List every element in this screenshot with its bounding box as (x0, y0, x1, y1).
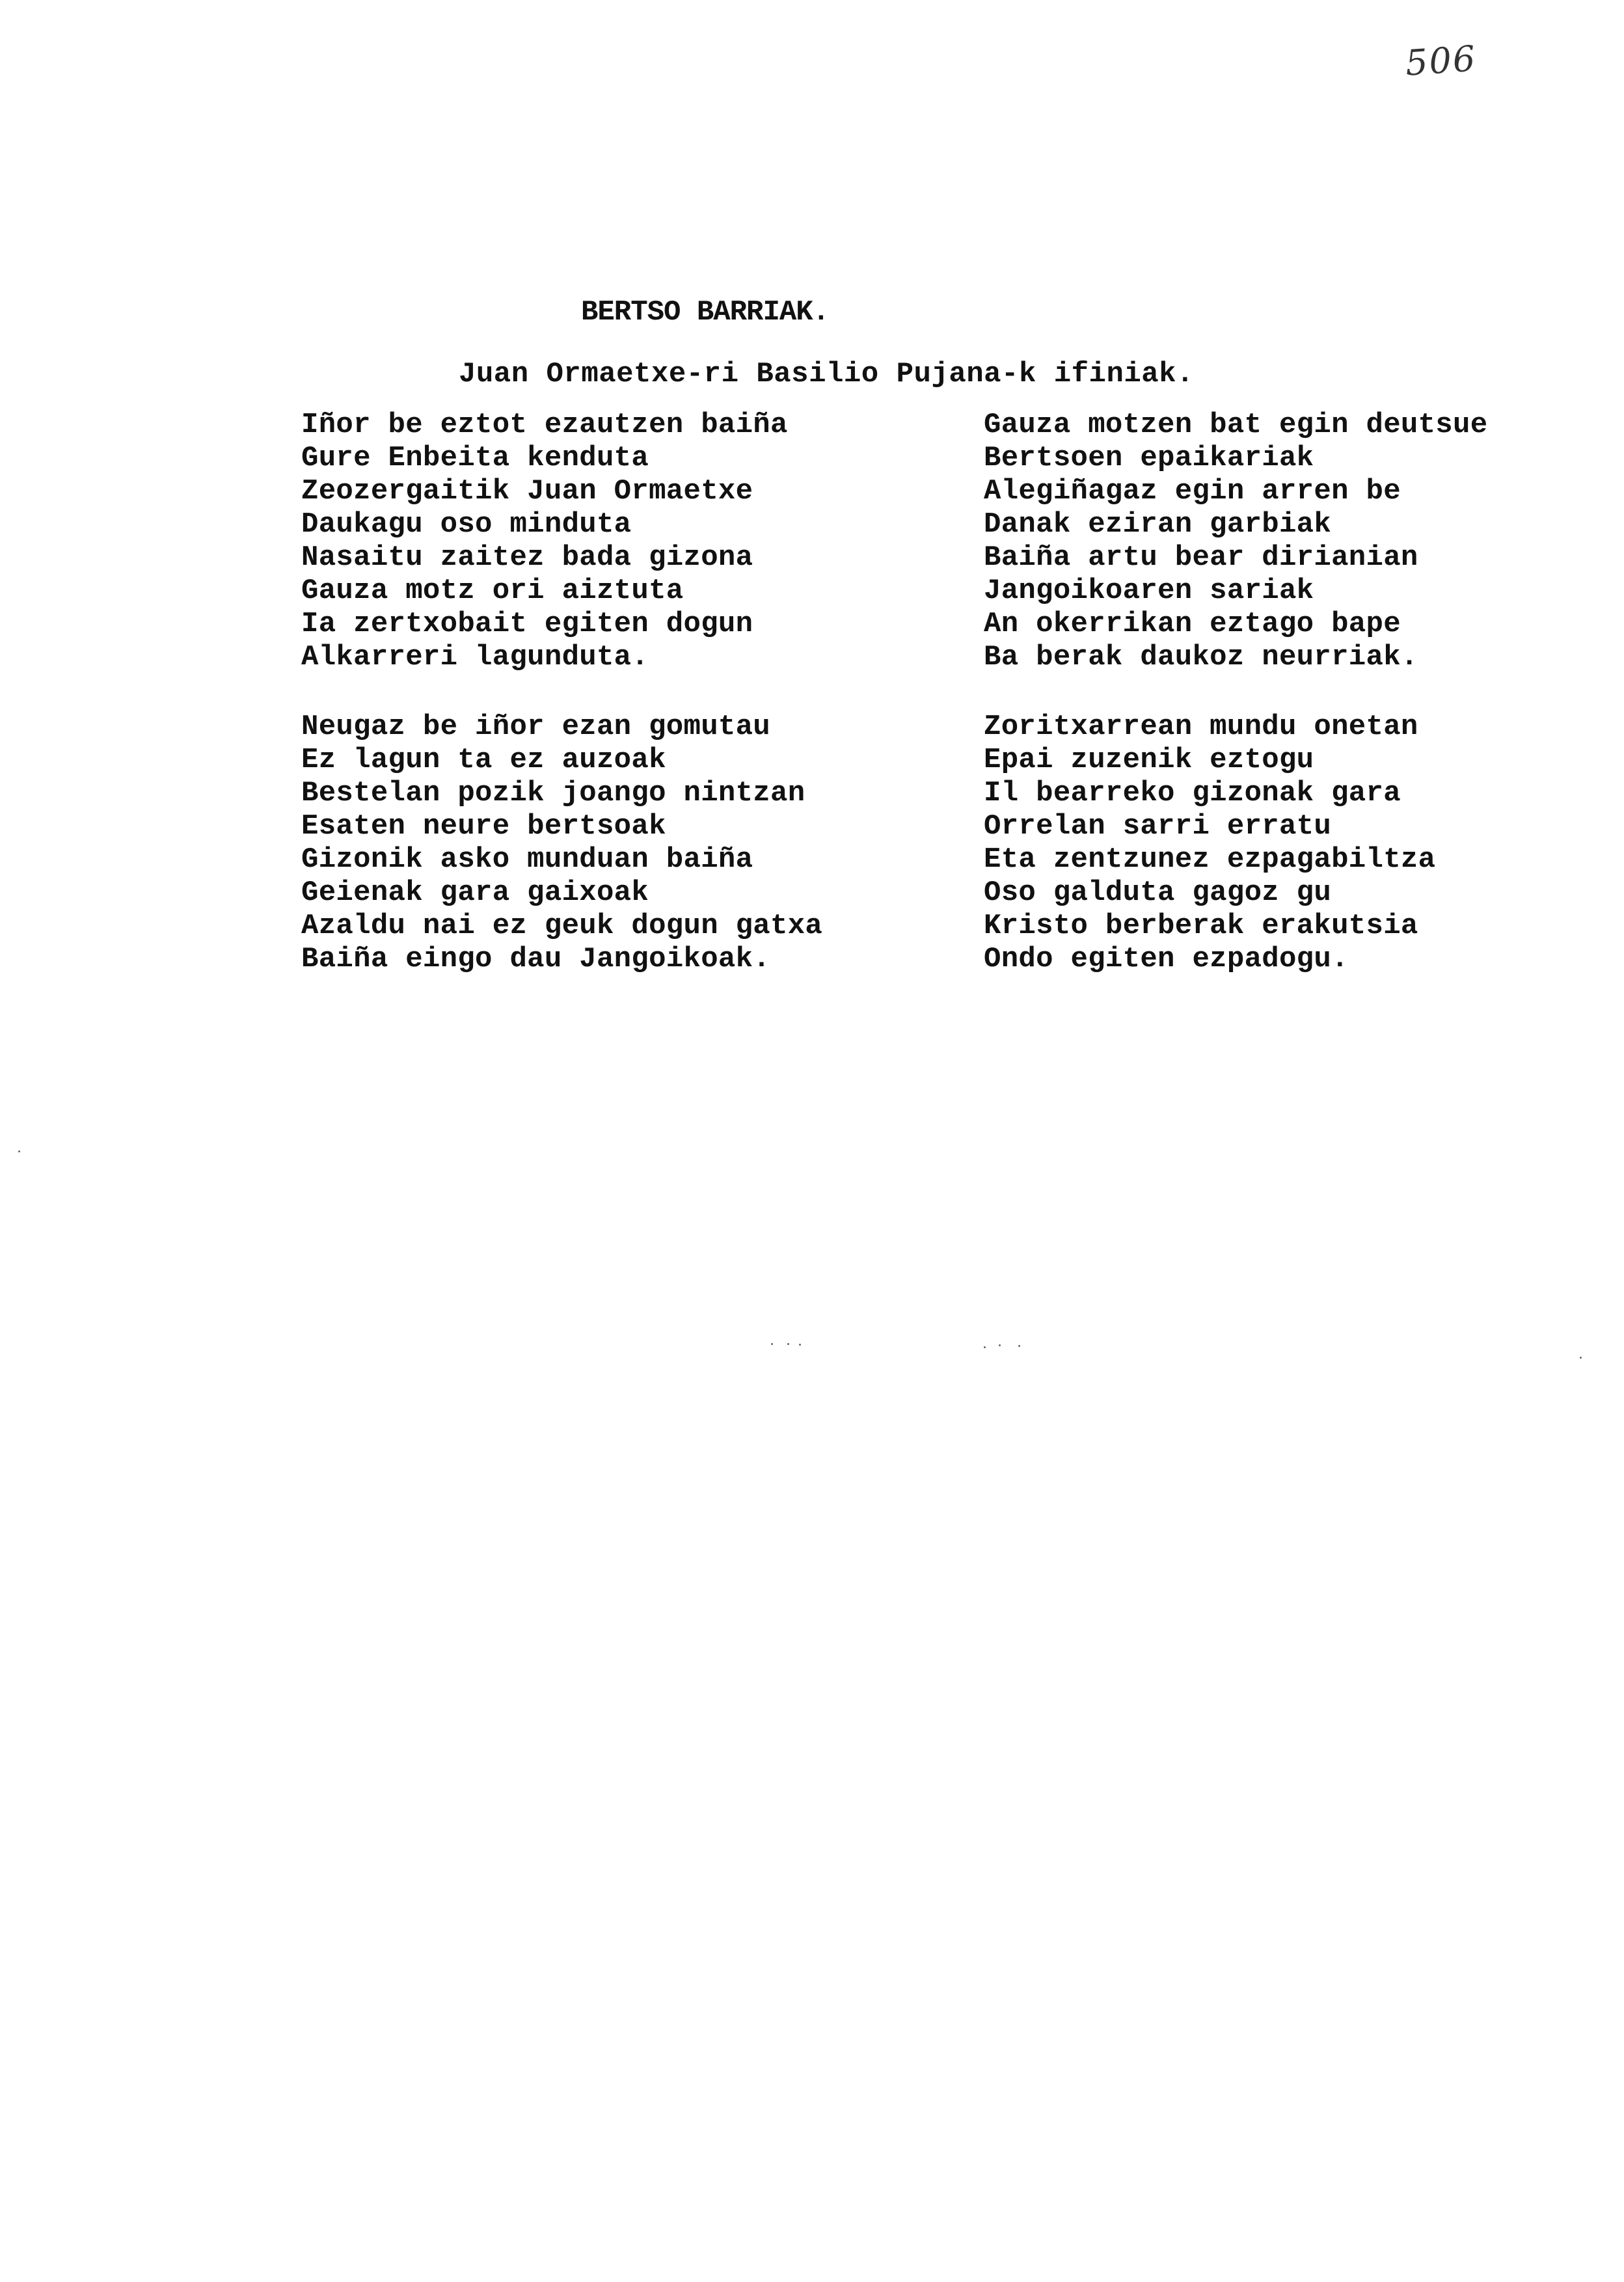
verse-line: Esaten neure bertsoak (301, 810, 822, 843)
verse-line: Gauza motz ori aiztuta (301, 575, 822, 608)
verse-line: Gizonik asko munduan baiña (301, 843, 822, 876)
scan-speck (799, 1344, 801, 1346)
verse-line: Epai zuzenik eztogu (984, 744, 1487, 777)
verse-line: Iñor be eztot ezautzen baiña (301, 409, 822, 442)
right-column: Gauza motzen bat egin deutsue Bertsoen e… (984, 409, 1487, 976)
stanza-4: Zoritxarrean mundu onetan Epai zuzenik e… (984, 711, 1487, 976)
verse-line: An okerrikan eztago bape (984, 608, 1487, 641)
verse-line: Il bearreko gizonak gara (984, 777, 1487, 810)
scan-speck (999, 1344, 1001, 1346)
scan-speck (18, 1150, 20, 1152)
scan-speck (787, 1343, 789, 1345)
stanza-3: Gauza motzen bat egin deutsue Bertsoen e… (984, 409, 1487, 674)
verse-line: Bestelan pozik joango nintzan (301, 777, 822, 810)
verse-line: Ez lagun ta ez auzoak (301, 744, 822, 777)
verse-line: Azaldu nai ez geuk dogun gatxa (301, 910, 822, 943)
verse-line: Baiña artu bear dirianian (984, 541, 1487, 575)
verse-line: Gauza motzen bat egin deutsue (984, 409, 1487, 442)
scan-speck (771, 1343, 773, 1345)
verse-line: Ondo egiten ezpadogu. (984, 943, 1487, 976)
poem-subtitle: Juan Ormaetxe-ri Basilio Pujana-k ifinia… (459, 358, 1194, 390)
verse-line: Danak eziran garbiak (984, 508, 1487, 541)
scan-speck (984, 1346, 986, 1348)
verse-line: Orrelan sarri erratu (984, 810, 1487, 843)
verse-line: Alkarreri lagunduta. (301, 641, 822, 674)
verse-line: Jangoikoaren sariak (984, 575, 1487, 608)
scan-speck (1580, 1357, 1582, 1359)
verse-line: Zoritxarrean mundu onetan (984, 711, 1487, 744)
verse-line: Oso galduta gagoz gu (984, 876, 1487, 910)
verse-line: Ba berak daukoz neurriak. (984, 641, 1487, 674)
verse-line: Zeozergaitik Juan Ormaetxe (301, 475, 822, 508)
verse-line: Kristo berberak erakutsia (984, 910, 1487, 943)
verse-line: Geienak gara gaixoak (301, 876, 822, 910)
verse-line: Neugaz be iñor ezan gomutau (301, 711, 822, 744)
verse-line: Gure Enbeita kenduta (301, 442, 822, 475)
verse-line: Daukagu oso minduta (301, 508, 822, 541)
verse-line: Nasaitu zaitez bada gizona (301, 541, 822, 575)
stanza-2: Neugaz be iñor ezan gomutau Ez lagun ta … (301, 711, 822, 976)
verse-line: Alegiñagaz egin arren be (984, 475, 1487, 508)
handwritten-page-number: 506 (1404, 38, 1478, 83)
left-column: Iñor be eztot ezautzen baiña Gure Enbeit… (301, 409, 822, 976)
poem-title: BERTSO BARRIAK. (581, 296, 829, 329)
verse-line: Ia zertxobait egiten dogun (301, 608, 822, 641)
verse-line: Baiña eingo dau Jangoikoak. (301, 943, 822, 976)
scan-speck (1018, 1345, 1020, 1347)
verse-line: Bertsoen epaikariak (984, 442, 1487, 475)
stanza-1: Iñor be eztot ezautzen baiña Gure Enbeit… (301, 409, 822, 674)
verse-line: Eta zentzunez ezpagabiltza (984, 843, 1487, 876)
